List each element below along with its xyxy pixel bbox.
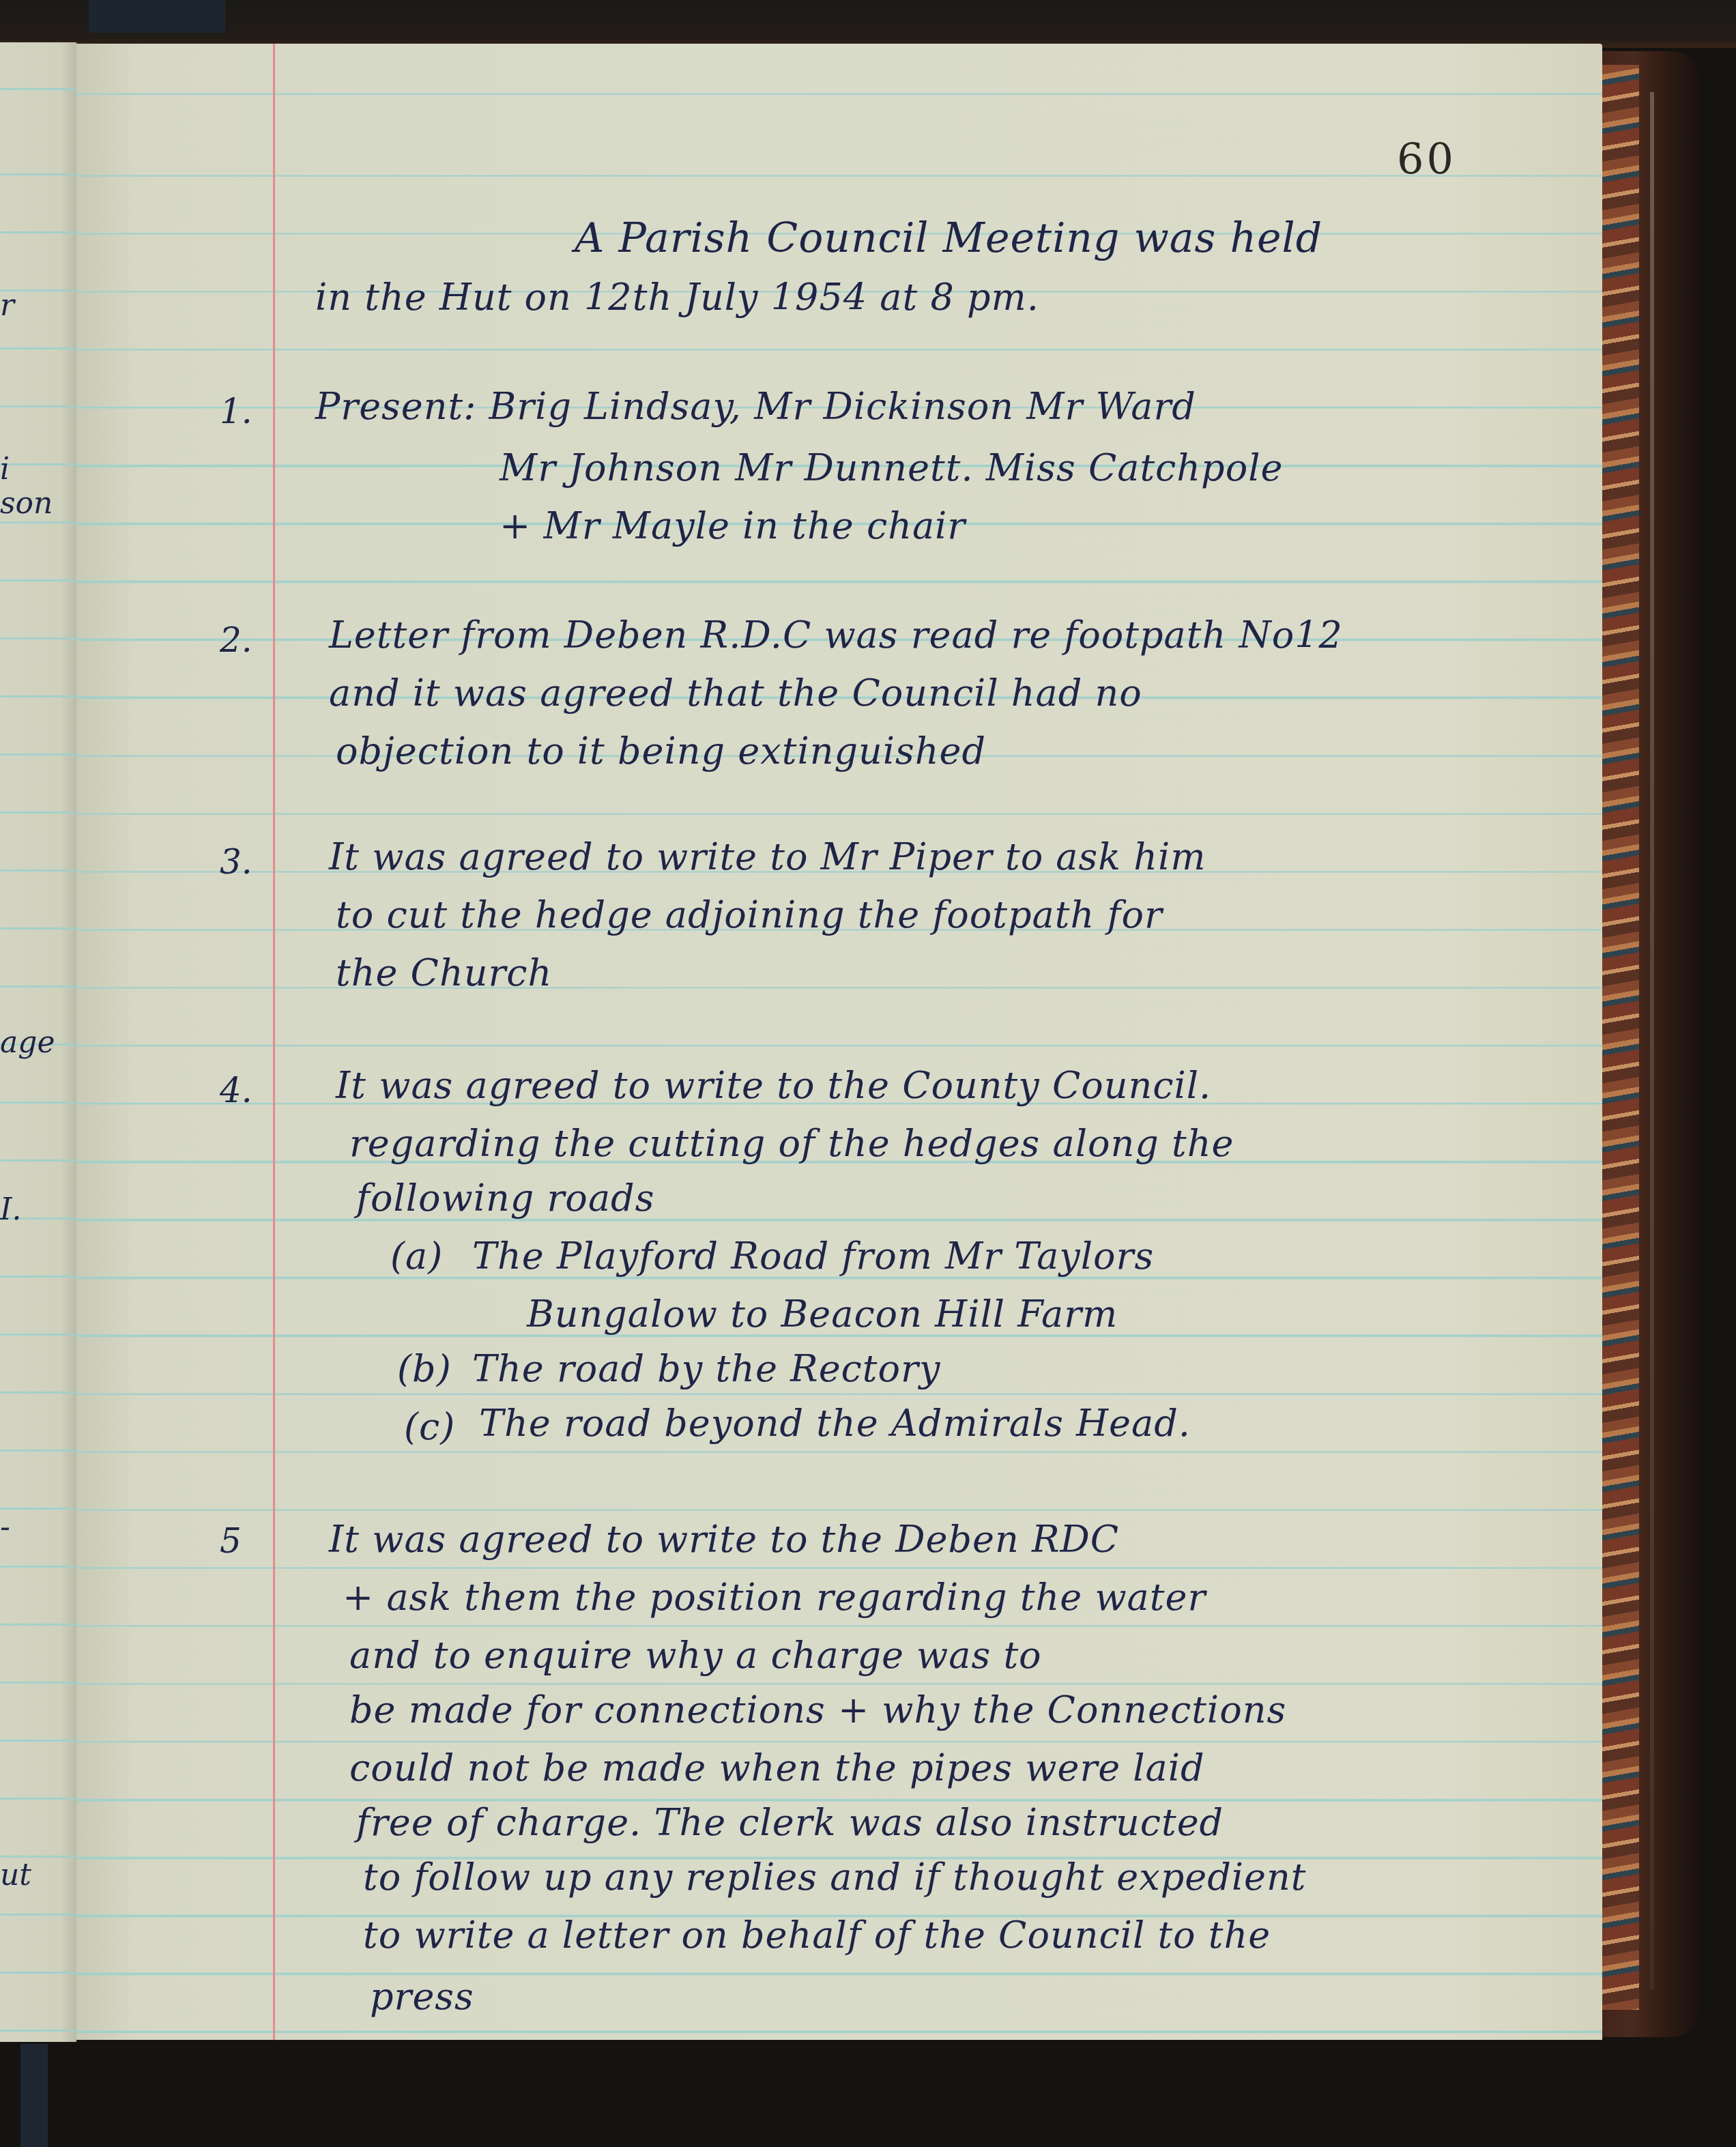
red-margin-line <box>273 44 275 2040</box>
left-fragment: ut <box>0 1858 31 1892</box>
left-fragment: I. <box>0 1192 21 1227</box>
spine-cloth <box>89 0 225 33</box>
book-top-background <box>0 0 1736 48</box>
minute-line: press <box>370 1975 474 2018</box>
heading-line: in the Hut on 12th July 1954 at 8 pm. <box>315 276 1039 319</box>
sub-item-line: The road by the Rectory <box>472 1347 940 1390</box>
minute-line: It was agreed to write to the Deben RDC <box>329 1518 1119 1561</box>
book-bottom-background <box>0 2044 1736 2147</box>
minute-line: following roads <box>356 1177 654 1220</box>
spine-cloth <box>20 2044 48 2147</box>
minute-line: be made for connections + why the Connec… <box>349 1688 1286 1731</box>
sub-item-line: The Playford Road from Mr Taylors <box>472 1235 1154 1278</box>
minute-line: It was agreed to write to the County Cou… <box>336 1064 1211 1107</box>
minute-line: It was agreed to write to Mr Piper to as… <box>329 835 1206 878</box>
heading-line: A Parish Council Meeting was held <box>575 214 1322 262</box>
left-fragment: - <box>0 1510 10 1544</box>
ruled-lines <box>76 44 1602 2040</box>
left-fragment: age <box>0 1025 55 1060</box>
minute-line: Mr Johnson Mr Dunnett. Miss Catchpole <box>500 446 1283 489</box>
minute-line: and it was agreed that the Council had n… <box>329 672 1142 715</box>
right-page: 60 A Parish Council Meeting was held in … <box>76 44 1602 2040</box>
left-fragment: r <box>0 288 14 323</box>
sub-item-label: (a) <box>390 1235 443 1278</box>
minute-line: objection to it being extinguished <box>336 730 986 773</box>
minute-line: regarding the cutting of the hedges alon… <box>349 1122 1234 1165</box>
minute-line: + ask them the position regarding the wa… <box>343 1576 1206 1619</box>
page-number: 60 <box>1397 134 1456 184</box>
left-fragment: son <box>0 486 53 521</box>
sub-item-label: (b) <box>397 1347 452 1390</box>
item-number: 1. <box>220 392 252 431</box>
minute-line: could not be made when the pipes were la… <box>349 1746 1205 1789</box>
minute-line: to write a letter on behalf of the Counc… <box>363 1914 1271 1957</box>
left-page: r i son age I. - ut <box>0 42 76 2042</box>
left-fragment: i <box>0 452 10 487</box>
sub-item-line: Bungalow to Beacon Hill Farm <box>527 1293 1118 1336</box>
minute-line: Present: Brig Lindsay, Mr Dickinson Mr W… <box>315 385 1196 428</box>
minute-line: Letter from Deben R.D.C was read re foot… <box>329 614 1343 657</box>
minute-line: + Mr Mayle in the chair <box>500 504 966 547</box>
minute-line: the Church <box>336 951 552 994</box>
sub-item-line: The road beyond the Admirals Head. <box>479 1402 1191 1445</box>
minute-line: and to enquire why a charge was to <box>349 1634 1042 1677</box>
marbled-page-edges <box>1600 65 1639 2010</box>
item-number: 2. <box>220 620 252 660</box>
cover-shine <box>1650 92 1654 1989</box>
minute-line: to follow up any replies and if thought … <box>363 1856 1307 1899</box>
minute-line: free of charge. The clerk was also instr… <box>356 1801 1224 1844</box>
item-number: 5 <box>220 1521 242 1561</box>
sub-item-label: (c) <box>404 1405 455 1448</box>
item-number: 3. <box>220 842 252 882</box>
item-number: 4. <box>220 1071 252 1110</box>
minute-line: to cut the hedge adjoining the footpath … <box>336 893 1163 936</box>
